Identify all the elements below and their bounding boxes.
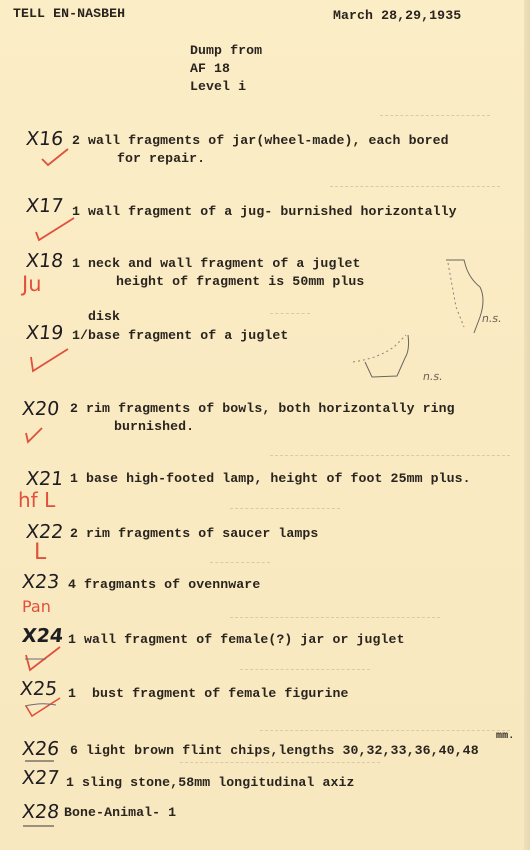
entry-x19-insert: disk: [88, 309, 120, 324]
entry-number-x23: X23: [21, 571, 61, 593]
entry-number-x18: X18: [25, 250, 65, 272]
record-date: March 28,29,1935: [333, 8, 461, 23]
red-check-icon: [28, 345, 72, 375]
red-class-mark-x18: Ju: [22, 272, 42, 296]
entry-x26-line-1: 6 light brown flint chips,lengths 30,32,…: [70, 743, 479, 758]
entry-x20-line-1: 2 rim fragments of bowls, both horizonta…: [70, 401, 455, 416]
entry-x24-line-1: 1 wall fragment of female(?) jar or jugl…: [68, 632, 405, 647]
entry-x22-line-1: 2 rim fragments of saucer lamps: [70, 526, 318, 541]
red-class-mark-x22: L: [34, 540, 46, 565]
site-name: TELL EN-NASBEH: [13, 6, 125, 21]
underline-mark: [22, 823, 58, 829]
faint-mark: [260, 730, 510, 732]
sketch-note: n.s.: [422, 370, 444, 383]
catalog-card: TELL EN-NASBEH March 28,29,1935 Dump fro…: [0, 0, 530, 850]
red-class-mark-x21: hf L: [18, 488, 55, 512]
entry-number-x21: X21: [25, 468, 65, 490]
entry-number-x24: X24: [21, 625, 64, 647]
entry-x28-line-1: Bone-Animal- 1: [64, 805, 176, 820]
entry-number-x20: X20: [21, 398, 61, 420]
red-check-icon: [34, 214, 78, 242]
entry-x19-line-1: 1/base fragment of a juglet: [72, 328, 288, 343]
faint-mark: [230, 617, 440, 619]
context-line-2: AF 18: [190, 61, 230, 76]
red-class-mark-x23: Pan: [22, 597, 51, 616]
entry-x21-line-1: 1 base high-footed lamp, height of foot …: [70, 471, 471, 486]
disk-base-sketch-icon: [350, 330, 415, 385]
red-check-icon: [22, 696, 64, 718]
entry-number-x28: X28: [21, 801, 61, 823]
entry-x18-line-2: height of fragment is 50mm plus: [116, 274, 364, 289]
card-edge: [524, 0, 530, 850]
entry-x20-line-2: burnished.: [114, 419, 194, 434]
faint-mark: [380, 115, 490, 117]
red-check-icon: [24, 425, 46, 445]
faint-mark: [270, 313, 310, 315]
context-line-1: Dump from: [190, 43, 262, 58]
entry-x18-line-1: 1 neck and wall fragment of a juglet: [72, 256, 361, 271]
entry-x16-line-2: for repair.: [117, 151, 205, 166]
faint-mark: [210, 562, 270, 564]
entry-x25-line-1: 1 bust fragment of female figurine: [68, 686, 348, 701]
entry-x23-line-1: 4 fragmants of ovennware: [68, 577, 260, 592]
sketch-note: n.s.: [481, 312, 503, 325]
faint-mark: [230, 508, 340, 510]
red-check-icon: [40, 145, 70, 167]
entry-x27-line-1: 1 sling stone,58mm longitudinal axiz: [66, 775, 355, 790]
entry-number-x27: X27: [21, 767, 61, 789]
faint-mark: [270, 455, 510, 457]
entry-x16-line-1: 2 wall fragments of jar(wheel-made), eac…: [72, 133, 449, 148]
faint-mark: [240, 669, 370, 671]
faint-mark: [330, 186, 500, 188]
entry-x26-unit: mm.: [496, 731, 514, 742]
red-check-icon: [22, 645, 64, 673]
context-line-3: Level i: [190, 79, 246, 94]
entry-x17-line-1: 1 wall fragment of a jug- burnished hori…: [72, 204, 457, 219]
faint-mark: [180, 762, 380, 764]
entry-number-x19: X19: [25, 322, 65, 344]
entry-number-x26: X26: [21, 738, 61, 760]
underline-mark: [24, 758, 58, 764]
